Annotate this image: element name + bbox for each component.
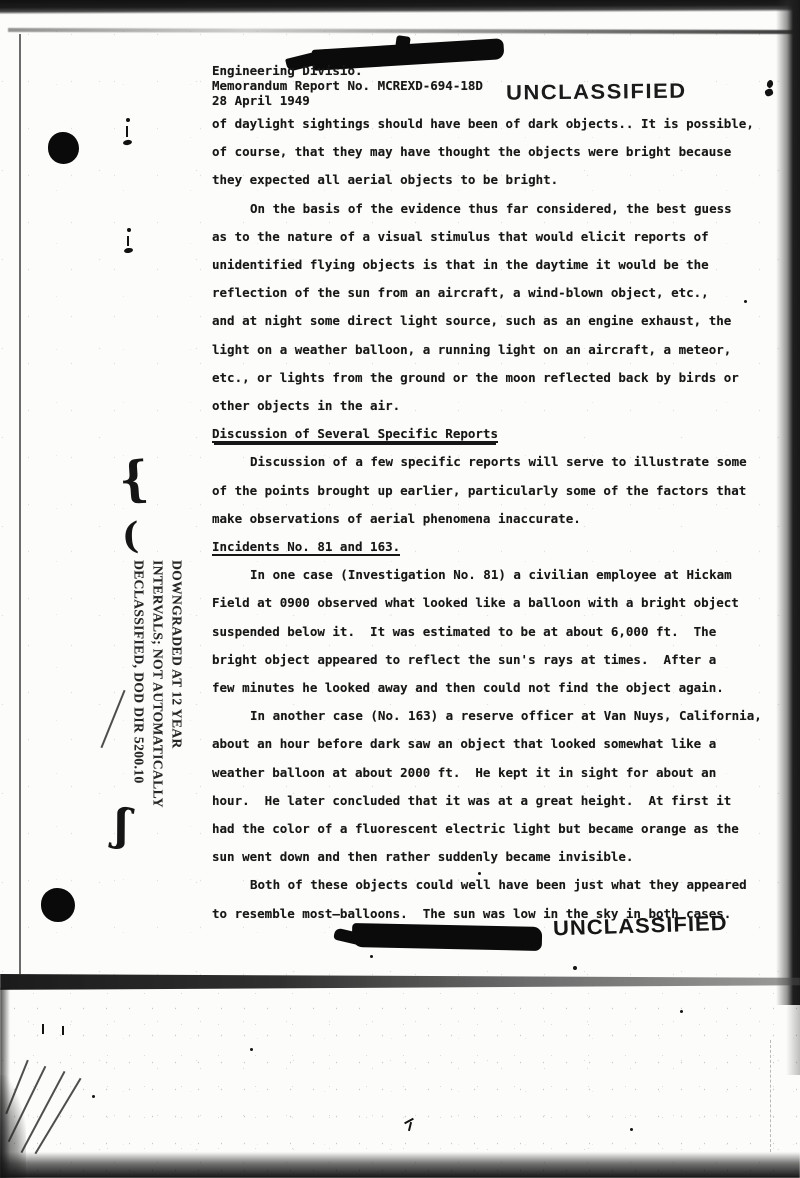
scratch-mark xyxy=(770,1040,771,1152)
hole-punch-top xyxy=(48,132,79,164)
memo-header-report-number: Memorandum Report No. MCREXD-694-18D xyxy=(212,79,483,94)
ink-speck xyxy=(250,1048,253,1051)
memo-header-division: Engineering Divisio. xyxy=(212,64,483,79)
scratch-mark xyxy=(100,690,125,748)
ink-mark xyxy=(124,247,134,253)
downgrade-stamp-line1: DOWNGRADED AT 12 YEAR xyxy=(168,560,187,808)
section-heading-incidents: Incidents No. 81 and 163. xyxy=(212,533,772,561)
ink-speck xyxy=(478,872,481,875)
paragraph-incident-163: In another case (No. 163) a reserve offi… xyxy=(212,702,772,871)
paragraph-best-guess: On the basis of the evidence thus far co… xyxy=(212,195,772,421)
ink-mark xyxy=(62,1026,64,1035)
scan-noise-overlay-bottom xyxy=(0,990,800,1178)
ink-speck xyxy=(630,1128,633,1131)
scan-right-edge-lower xyxy=(786,1005,800,1075)
ink-mark xyxy=(126,118,130,122)
redaction-mark-top-nub xyxy=(395,35,411,49)
ink-mark xyxy=(127,236,129,246)
unclassified-stamp-top: UNCLASSIFIED xyxy=(506,79,687,106)
ink-speck xyxy=(92,1095,95,1098)
page-left-edge-line xyxy=(19,34,21,974)
ink-mark xyxy=(764,88,774,97)
section-heading-discussion: Discussion of Several Specific Reports xyxy=(212,420,772,448)
downgrade-stamp: DOWNGRADED AT 12 YEAR INTERVALS; NOT AUT… xyxy=(130,560,187,808)
ink-mark xyxy=(766,79,774,88)
paragraph-daylight-sightings: of daylight sightings should have been o… xyxy=(212,110,772,195)
ink-mark xyxy=(42,1024,44,1034)
scan-bottom-edge xyxy=(0,1152,800,1178)
ink-mark xyxy=(126,126,128,137)
page-bottom-edge xyxy=(0,973,800,990)
ink-speck xyxy=(370,955,373,958)
ink-paren-mark: ( xyxy=(121,518,139,555)
memo-header-date: 28 April 1949 xyxy=(212,94,483,109)
paragraph-incident-81: In one case (Investigation No. 81) a civ… xyxy=(212,561,772,702)
memo-body: of daylight sightings should have been o… xyxy=(212,110,772,928)
ink-brace-mark: { xyxy=(117,454,150,504)
scan-right-edge xyxy=(776,0,800,1005)
paragraph-conclusion-balloons: Both of these objects could well have be… xyxy=(212,871,772,927)
paragraph-discussion-intro: Discussion of a few specific reports wil… xyxy=(212,448,772,533)
ink-squiggle-mark: ʃ xyxy=(112,803,133,849)
downgrade-stamp-line2: INTERVALS; NOT AUTOMATICALLY xyxy=(149,560,168,808)
scanned-document-page: Engineering Divisio. Memorandum Report N… xyxy=(0,0,800,1178)
hole-punch-bottom xyxy=(41,888,75,922)
ink-speck xyxy=(744,300,747,303)
scan-top-edge xyxy=(0,0,800,14)
page-top-edge-line xyxy=(8,28,800,34)
downgrade-stamp-line3: DECLASSIFIED, DOD DIR 5200.10 xyxy=(130,560,149,808)
ink-mark xyxy=(123,139,133,145)
ink-speck xyxy=(573,966,577,970)
ink-speck xyxy=(680,1010,683,1013)
ink-mark xyxy=(408,1122,412,1131)
ink-mark xyxy=(127,228,131,232)
memo-header: Engineering Divisio. Memorandum Report N… xyxy=(212,64,483,108)
